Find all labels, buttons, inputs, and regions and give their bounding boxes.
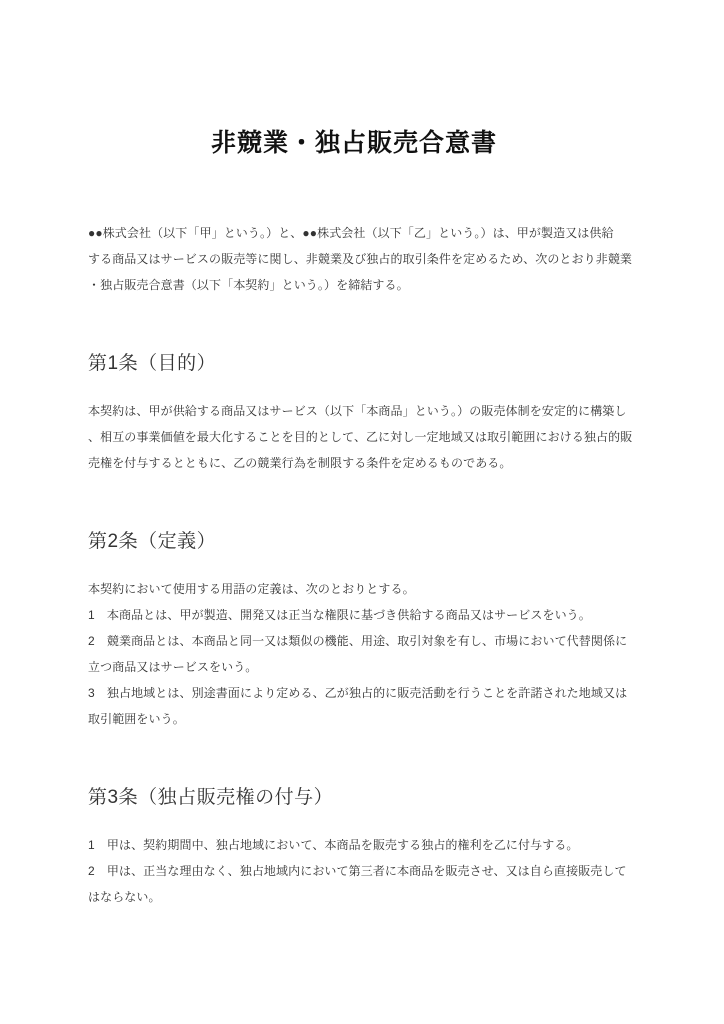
article-1-section: 第1条（目的） 本契約は、甲が供給する商品又はサービス（以下「本商品」という。）… [88, 350, 648, 476]
article-3-body: 1 甲は、契約期間中、独占地域において、本商品を販売する独占的権利を乙に付与する… [88, 832, 648, 910]
preamble-paragraph: ●●株式会社（以下「甲」という。）と、●●株式会社（以下「乙」という。）は、甲が… [88, 220, 648, 298]
article-2-section: 第2条（定義） 本契約において使用する用語の定義は、次のとおりとする。 1 本商… [88, 528, 648, 732]
article-3-heading: 第3条（独占販売権の付与） [88, 784, 648, 812]
article-1-heading: 第1条（目的） [88, 350, 648, 378]
article-3-section: 第3条（独占販売権の付与） 1 甲は、契約期間中、独占地域において、本商品を販売… [88, 784, 648, 910]
contract-document-page: 非競業・独占販売合意書 ●●株式会社（以下「甲」という。）と、●●株式会社（以下… [0, 0, 724, 1024]
article-2-heading: 第2条（定義） [88, 528, 648, 556]
article-2-body: 本契約において使用する用語の定義は、次のとおりとする。 1 本商品とは、甲が製造… [88, 576, 648, 732]
document-title: 非競業・独占販売合意書 [88, 128, 620, 158]
article-1-body: 本契約は、甲が供給する商品又はサービス（以下「本商品」という。）の販売体制を安定… [88, 398, 648, 476]
